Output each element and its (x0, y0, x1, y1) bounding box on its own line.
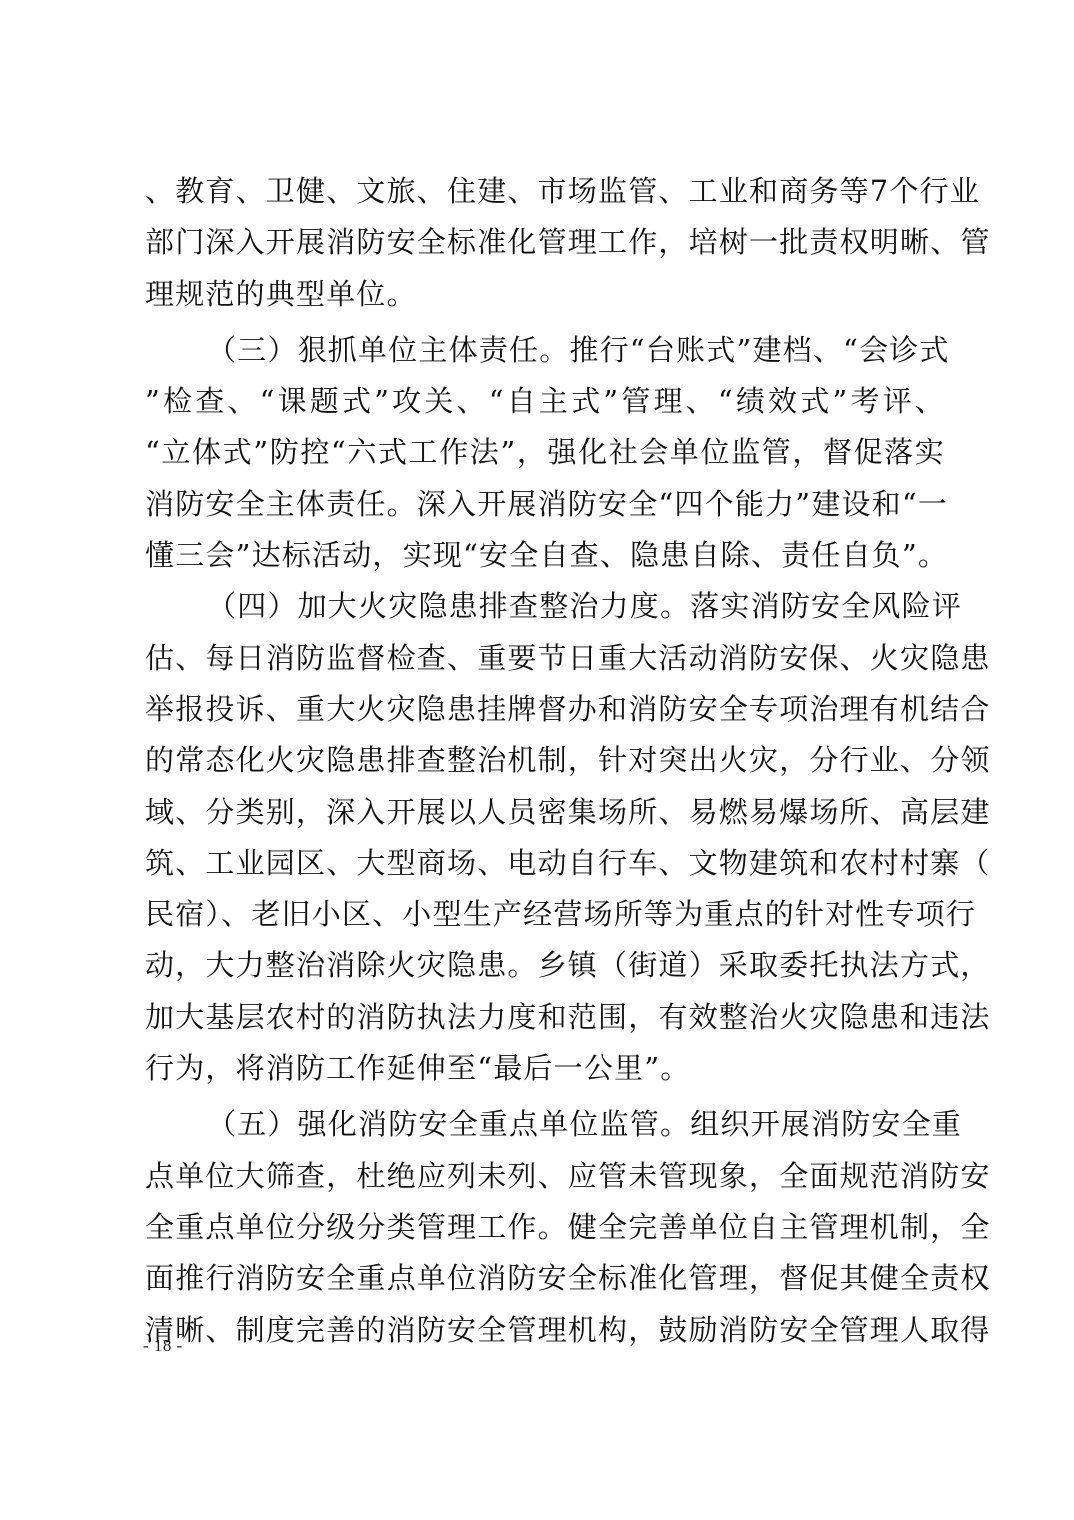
text-run: 推行“台账式”建档、“会诊式 (569, 333, 949, 367)
text-line: 估、每日消防监督检查、重要节日重大活动消防安保、火灾隐患 (145, 633, 945, 684)
text-line: 理规范的典型单位。 (145, 269, 945, 320)
text-line: ”检查、“课题式”攻关、“自主式”管理、“绩效式”考评、 (145, 376, 945, 427)
text-line: 行为，将消防工作延伸至“最后一公里”。 (145, 1043, 945, 1094)
text-run: 落实消防安全风险评 (690, 589, 962, 623)
text-line: 的常态化火灾隐患排查整治机制，针对突出火灾，分行业、分领 (145, 735, 945, 786)
text-line: 加大基层农村的消防执法力度和范围，有效整治火灾隐患和违法 (145, 992, 945, 1043)
document-page: 、教育、卫健、文旅、住建、市场监管、工业和商务等7个行业 部门深入开展消防安全标… (0, 0, 1074, 1520)
text-line: 清晰、制度完善的消防安全管理机构，鼓励消防安全管理人取得 (145, 1305, 945, 1356)
text-run: 组织开展消防安全重 (690, 1107, 962, 1141)
paragraph-continuation: 、教育、卫健、文旅、住建、市场监管、工业和商务等7个行业 部门深入开展消防安全标… (145, 166, 945, 320)
text-line: （五）强化消防安全重点单位监管。组织开展消防安全重 (145, 1099, 945, 1150)
document-body: 、教育、卫健、文旅、住建、市场监管、工业和商务等7个行业 部门深入开展消防安全标… (145, 166, 945, 1356)
text-line: 域、分类别，深入开展以人员密集场所、易燃易爆场所、高层建 (145, 787, 945, 838)
text-line: 点单位大筛查，杜绝应列未列、应管未管现象，全面规范消防安 (145, 1151, 945, 1202)
text-line: 懂三会”达标活动，实现“安全自查、隐患自除、责任自负”。 (145, 530, 945, 581)
page-number: - 18 - (143, 1336, 183, 1356)
text-line: 举报投诉、重大火灾隐患挂牌督办和消防安全专项治理有机结合 (145, 684, 945, 735)
section-heading: （三）狠抓单位主体责任。 (207, 333, 569, 367)
text-line: 全重点单位分级分类管理工作。健全完善单位自主管理机制，全 (145, 1202, 945, 1253)
text-line: （四）加大火灾隐患排查整治力度。落实消防安全风险评 (145, 581, 945, 632)
text-line: 筑、工业园区、大型商场、电动自行车、文物建筑和农村村寨（ (145, 838, 945, 889)
text-line: 动，大力整治消除火灾隐患。乡镇（街道）采取委托执法方式， (145, 940, 945, 991)
paragraph-section-4: （四）加大火灾隐患排查整治力度。落实消防安全风险评 估、每日消防监督检查、重要节… (145, 581, 945, 1094)
paragraph-section-3: （三）狠抓单位主体责任。推行“台账式”建档、“会诊式 ”检查、“课题式”攻关、“… (145, 325, 945, 581)
text-line: 面推行消防安全重点单位消防安全标准化管理，督促其健全责权 (145, 1253, 945, 1304)
text-line: 、教育、卫健、文旅、住建、市场监管、工业和商务等7个行业 (145, 166, 945, 217)
paragraph-section-5: （五）强化消防安全重点单位监管。组织开展消防安全重 点单位大筛查，杜绝应列未列、… (145, 1099, 945, 1355)
text-line: （三）狠抓单位主体责任。推行“台账式”建档、“会诊式 (145, 325, 945, 376)
text-line: 民宿）、老旧小区、小型生产经营场所等为重点的针对性专项行 (145, 889, 945, 940)
section-heading: （五）强化消防安全重点单位监管。 (207, 1107, 690, 1141)
text-line: “立体式”防控“六式工作法”，强化社会单位监管，督促落实 (145, 427, 945, 478)
text-line: 消防安全主体责任。深入开展消防安全“四个能力”建设和“一 (145, 479, 945, 530)
section-heading: （四）加大火灾隐患排查整治力度。 (207, 589, 690, 623)
text-line: 部门深入开展消防安全标准化管理工作，培树一批责权明晰、管 (145, 217, 945, 268)
